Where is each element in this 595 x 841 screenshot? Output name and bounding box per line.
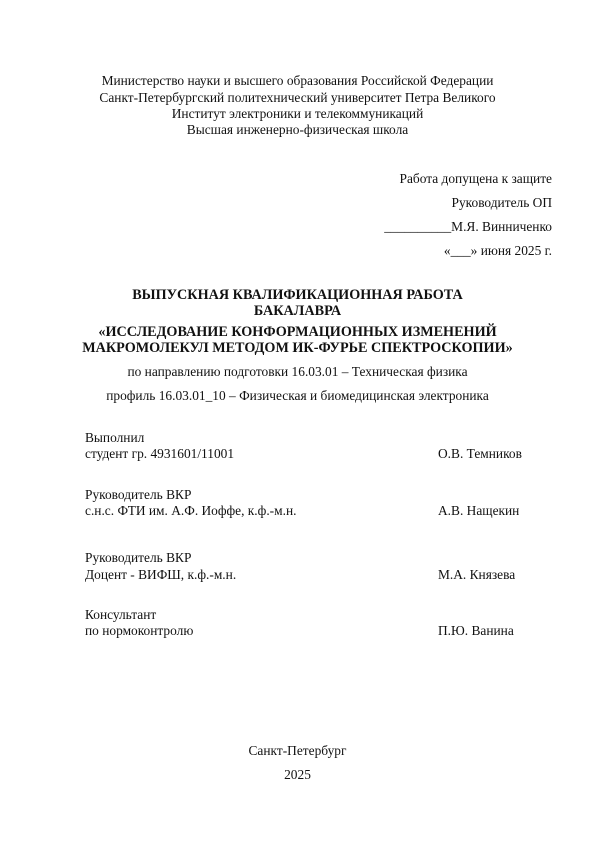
signature-role: Консультант: [85, 607, 156, 623]
school-line: Высшая инженерно-физическая школа: [0, 122, 595, 138]
degree-title: БАКАЛАВРА: [0, 303, 595, 319]
footer-year: 2025: [0, 767, 595, 783]
admitted-to-defense: Работа допущена к защите: [400, 171, 552, 187]
title-page: Министерство науки и высшего образования…: [0, 0, 595, 841]
topic-line-1: «ИССЛЕДОВАНИЕ КОНФОРМАЦИОННЫХ ИЗМЕНЕНИЙ: [0, 324, 595, 340]
ministry-line: Министерство науки и высшего образования…: [0, 73, 595, 89]
signature-detail: Доцент - ВИФШ, к.ф.-м.н.: [85, 567, 236, 583]
signature-role: Руководитель ВКР: [85, 550, 191, 566]
institute-line: Институт электроники и телекоммуникаций: [0, 106, 595, 122]
topic-line-2: МАКРОМОЛЕКУЛ МЕТОДОМ ИК-ФУРЬЕ СПЕКТРОСКО…: [0, 340, 595, 356]
signature-detail: по нормоконтролю: [85, 623, 193, 639]
study-direction: по направлению подготовки 16.03.01 – Тех…: [0, 364, 595, 380]
approver-signature: __________М.Я. Винниченко: [384, 219, 552, 235]
signature-name: О.В. Темников: [438, 446, 522, 462]
signature-name: П.Ю. Ванина: [438, 623, 514, 639]
study-profile: профиль 16.03.01_10 – Физическая и биоме…: [0, 388, 595, 404]
footer-city: Санкт-Петербург: [0, 743, 595, 759]
signature-role: Руководитель ВКР: [85, 487, 191, 503]
approver-role: Руководитель ОП: [452, 195, 552, 211]
signature-detail: с.н.с. ФТИ им. А.Ф. Иоффе, к.ф.-м.н.: [85, 503, 296, 519]
signature-role: Выполнил: [85, 430, 144, 446]
signature-name: А.В. Нащекин: [438, 503, 519, 519]
signature-detail: студент гр. 4931601/11001: [85, 446, 234, 462]
work-type-title: ВЫПУСКНАЯ КВАЛИФИКАЦИОННАЯ РАБОТА: [0, 287, 595, 303]
approval-date: «___» июня 2025 г.: [444, 243, 552, 259]
signature-name: М.А. Князева: [438, 567, 515, 583]
university-line: Санкт-Петербургский политехнический унив…: [0, 90, 595, 106]
